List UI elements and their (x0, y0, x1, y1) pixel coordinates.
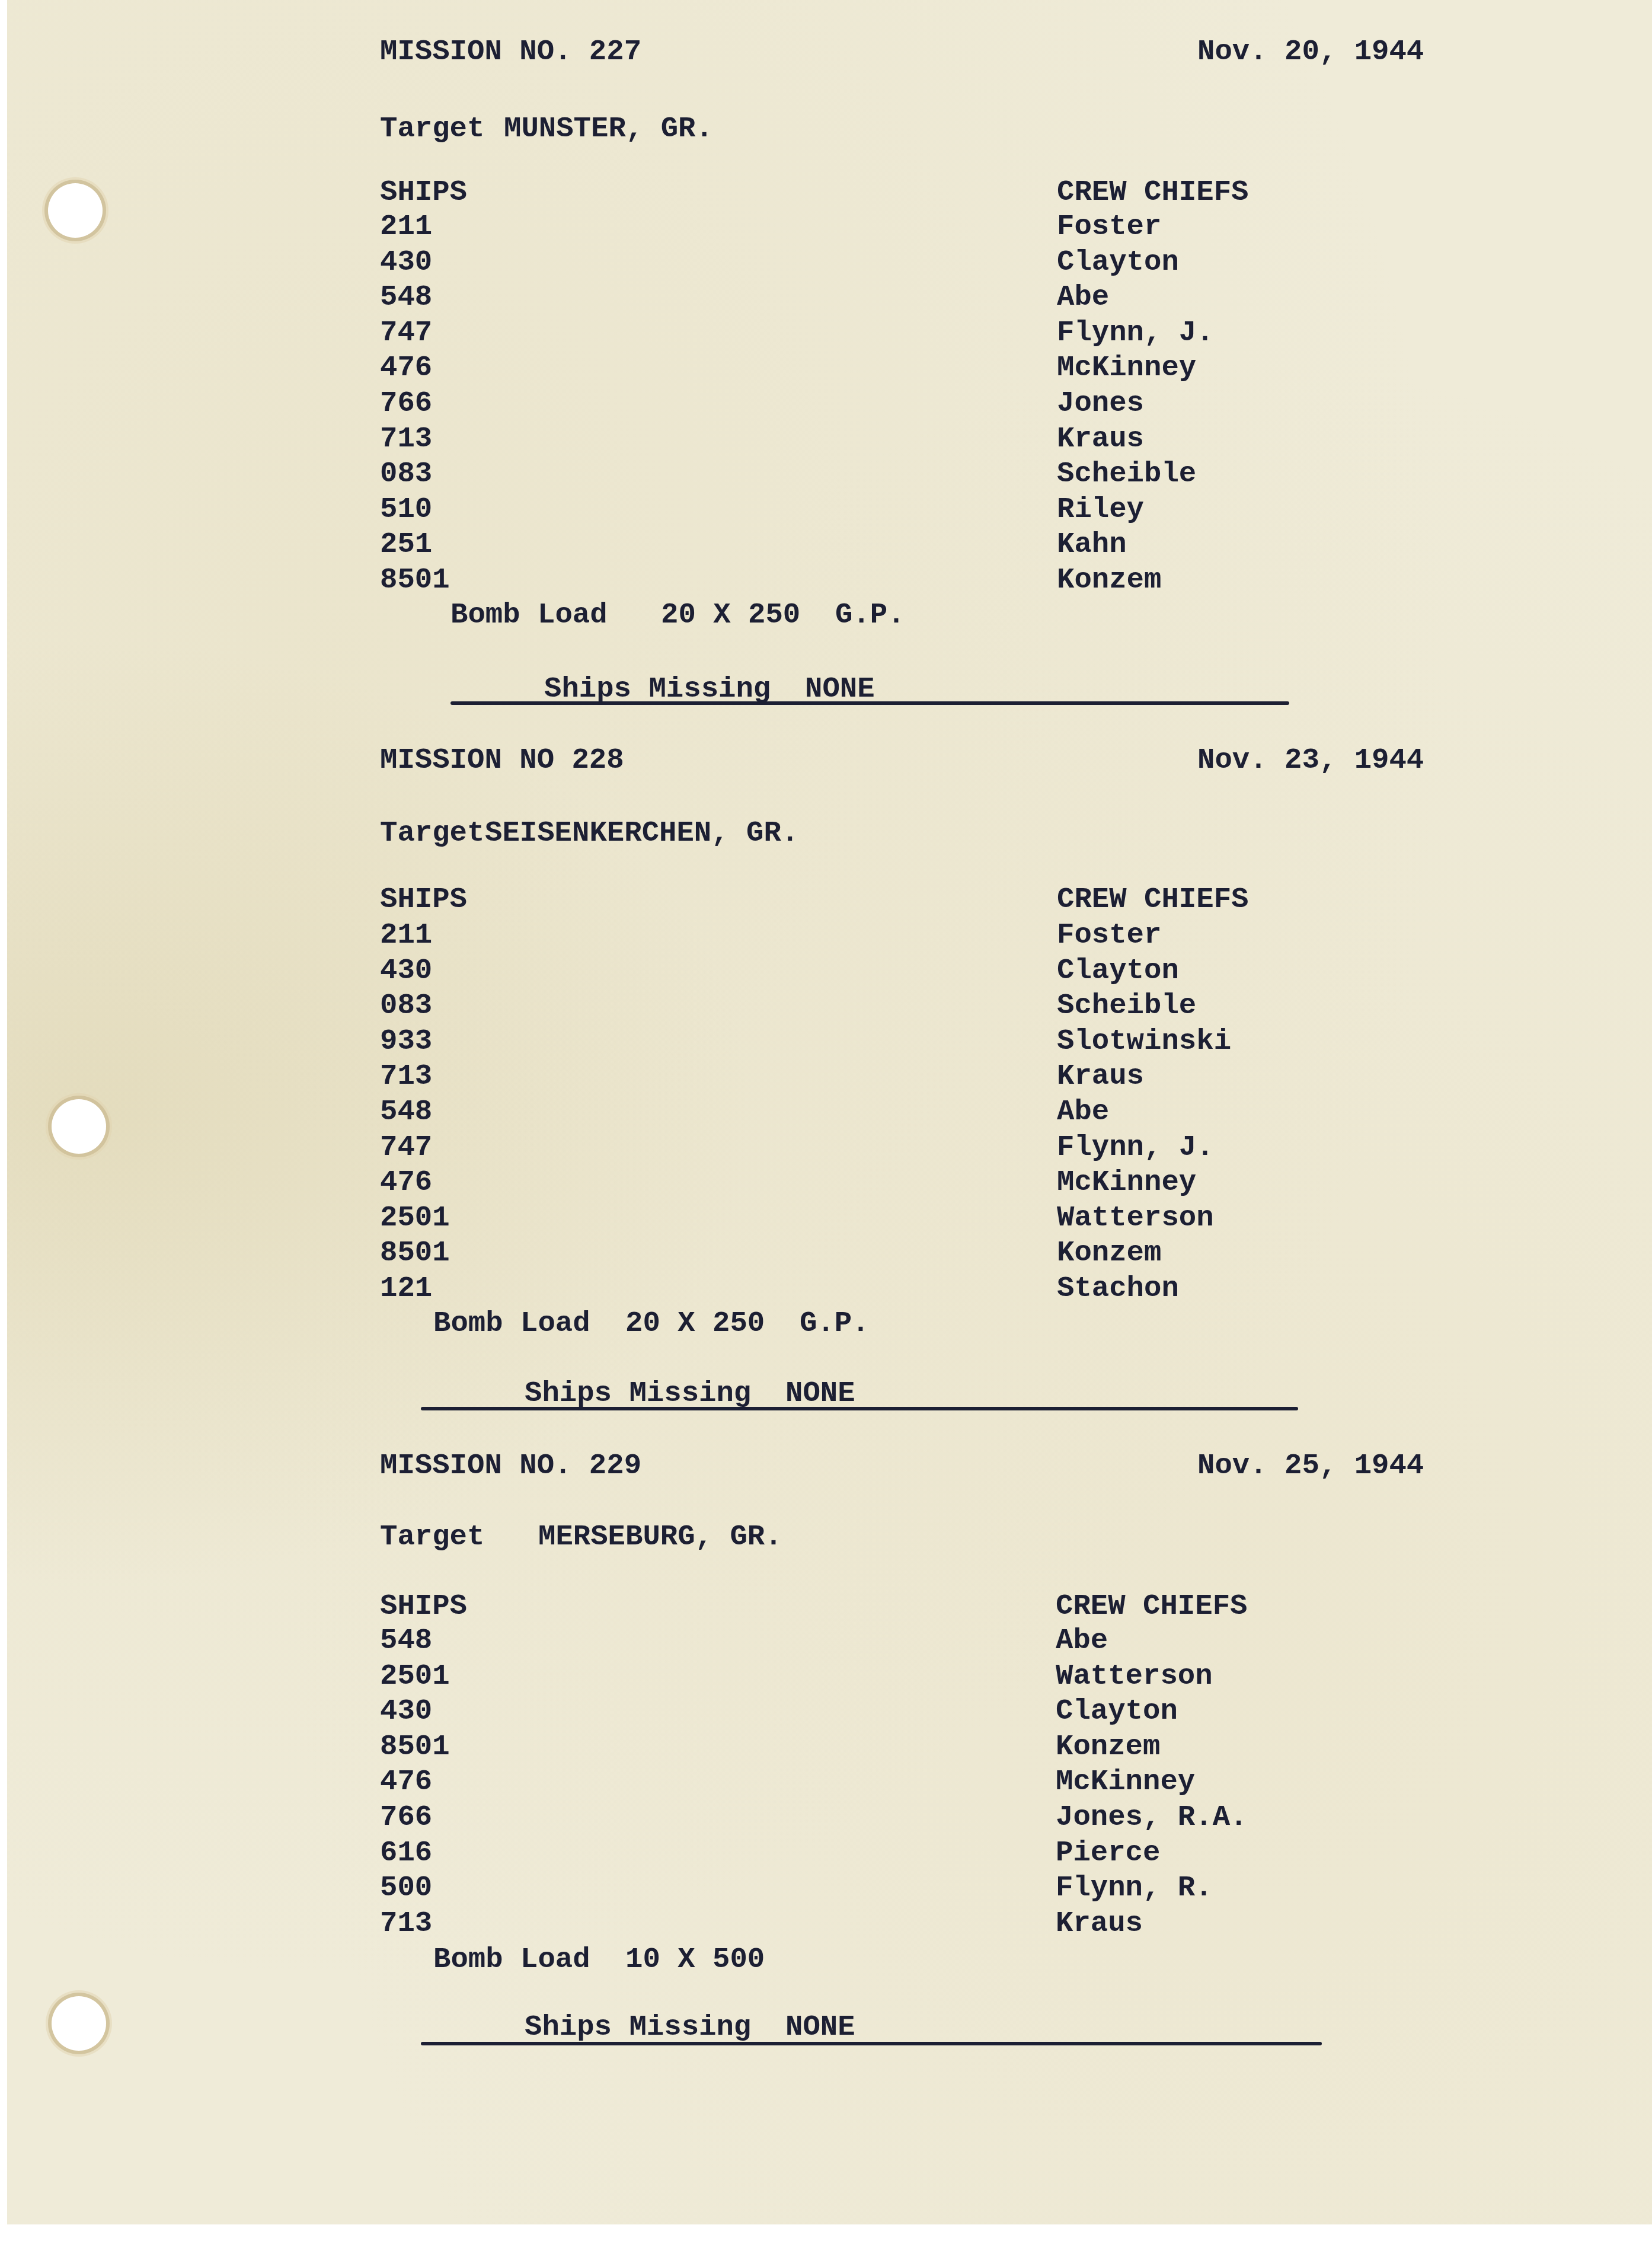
crew-chief-name: Abe (1056, 1626, 1108, 1655)
ship-number: 933 (380, 1027, 432, 1056)
ship-number: 430 (380, 248, 432, 277)
crew-chief-name: Abe (1057, 1097, 1109, 1126)
punch-hole (52, 1099, 106, 1154)
crew-chief-name: Kraus (1057, 424, 1144, 454)
crew-chief-name: Foster (1057, 921, 1161, 950)
crew-chief-name: Stachon (1057, 1274, 1179, 1303)
ship-number: 476 (380, 1767, 432, 1796)
ship-number: 713 (380, 1909, 432, 1938)
ships-missing-value: NONE (785, 2013, 855, 2042)
ship-number: 510 (380, 495, 432, 524)
ship-number: 713 (380, 424, 432, 454)
bomb-load-label: Bomb Load (433, 1945, 590, 1974)
crew-chief-name: McKinney (1057, 1168, 1196, 1197)
crew-chief-name: Riley (1057, 495, 1144, 524)
ship-number: 251 (380, 530, 432, 559)
crew-chief-name: McKinney (1057, 353, 1196, 382)
mission-date: Nov. 23, 1944 (1197, 746, 1424, 775)
target-label: Target (380, 819, 484, 848)
crew-chief-name: Scheible (1057, 991, 1196, 1020)
crew-chief-name: McKinney (1056, 1767, 1195, 1796)
ship-number: 476 (380, 1168, 432, 1197)
ship-number: 430 (380, 956, 432, 985)
mission-date: Nov. 20, 1944 (1197, 37, 1424, 66)
bomb-load-value: 20 X 250 G.P. (625, 1309, 870, 1338)
ship-number: 8501 (380, 1732, 450, 1761)
crew-chief-name: Slotwinski (1057, 1027, 1231, 1056)
crew-chief-name: Kahn (1057, 530, 1127, 559)
ship-number: 430 (380, 1697, 432, 1726)
document-page (7, 0, 1652, 2224)
ship-number: 476 (380, 353, 432, 382)
ship-number: 8501 (380, 566, 450, 595)
crew-chief-name: Watterson (1057, 1204, 1214, 1233)
ship-number: 548 (380, 1097, 432, 1126)
ship-number: 2501 (380, 1204, 450, 1233)
ships-missing-label: Ships Missing (525, 1379, 751, 1408)
crew-chief-name: Flynn, J. (1057, 318, 1214, 347)
mission-date: Nov. 25, 1944 (1197, 1451, 1424, 1480)
ship-number: 713 (380, 1062, 432, 1091)
crew-chief-name: Flynn, R. (1056, 1873, 1213, 1903)
ship-number: 747 (380, 1133, 432, 1162)
bomb-load-value: 10 X 500 (625, 1945, 765, 1974)
ships-header: SHIPS (380, 885, 467, 914)
ships-missing-label: Ships Missing (544, 675, 771, 704)
crew-chief-name: Clayton (1057, 248, 1179, 277)
ships-missing-value: NONE (805, 675, 875, 704)
crew-chief-name: Clayton (1057, 956, 1179, 985)
crew-chief-name: Konzem (1057, 1238, 1161, 1268)
ship-number: 616 (380, 1838, 432, 1868)
ship-number: 2501 (380, 1662, 450, 1691)
target-label: Target (380, 114, 484, 143)
ship-number: 8501 (380, 1238, 450, 1268)
crew-chief-name: Scheible (1057, 459, 1196, 489)
punch-hole (52, 1996, 106, 2051)
ship-number: 500 (380, 1873, 432, 1903)
bomb-load-label: Bomb Load (450, 601, 608, 630)
ship-number: 083 (380, 459, 432, 489)
ship-number: 548 (380, 283, 432, 312)
crew-chief-name: Pierce (1056, 1838, 1160, 1868)
mission-number: MISSION NO 228 (380, 746, 624, 775)
crew-chief-name: Jones (1057, 389, 1144, 418)
mission-number: MISSION NO. 229 (380, 1451, 641, 1480)
section-divider (421, 1407, 1298, 1410)
bomb-load-value: 20 X 250 G.P. (661, 601, 905, 630)
target-value: MERSEBURG, GR. (538, 1522, 782, 1552)
target-value: MUNSTER, GR. (504, 114, 713, 143)
crew-chief-name: Konzem (1056, 1732, 1160, 1761)
target-label: Target (380, 1522, 484, 1552)
mission-number: MISSION NO. 227 (380, 37, 641, 66)
crew-chief-name: Kraus (1057, 1062, 1144, 1091)
crew-chiefs-header: CREW CHIEFS (1057, 885, 1248, 914)
crew-chief-name: Watterson (1056, 1662, 1213, 1691)
ship-number: 083 (380, 991, 432, 1020)
ship-number: 121 (380, 1274, 432, 1303)
ships-header: SHIPS (380, 1592, 467, 1621)
punch-hole (48, 183, 103, 238)
ship-number: 548 (380, 1626, 432, 1655)
crew-chief-name: Abe (1057, 283, 1109, 312)
crew-chiefs-header: CREW CHIEFS (1057, 178, 1248, 207)
ship-number: 211 (380, 921, 432, 950)
crew-chief-name: Konzem (1057, 566, 1161, 595)
ship-number: 766 (380, 389, 432, 418)
crew-chief-name: Clayton (1056, 1697, 1178, 1726)
ships-missing-label: Ships Missing (525, 2013, 751, 2042)
crew-chief-name: Kraus (1056, 1909, 1143, 1938)
ship-number: 211 (380, 212, 432, 241)
section-divider (450, 701, 1289, 705)
ship-number: 747 (380, 318, 432, 347)
section-divider (421, 2042, 1322, 2045)
bomb-load-label: Bomb Load (433, 1309, 590, 1338)
crew-chief-name: Foster (1057, 212, 1161, 241)
crew-chiefs-header: CREW CHIEFS (1056, 1592, 1247, 1621)
ship-number: 766 (380, 1803, 432, 1832)
crew-chief-name: Flynn, J. (1057, 1133, 1214, 1162)
target-value: SEISENKERCHEN, GR. (485, 819, 798, 848)
ships-missing-value: NONE (785, 1379, 855, 1408)
ships-header: SHIPS (380, 178, 467, 207)
crew-chief-name: Jones, R.A. (1056, 1803, 1247, 1832)
